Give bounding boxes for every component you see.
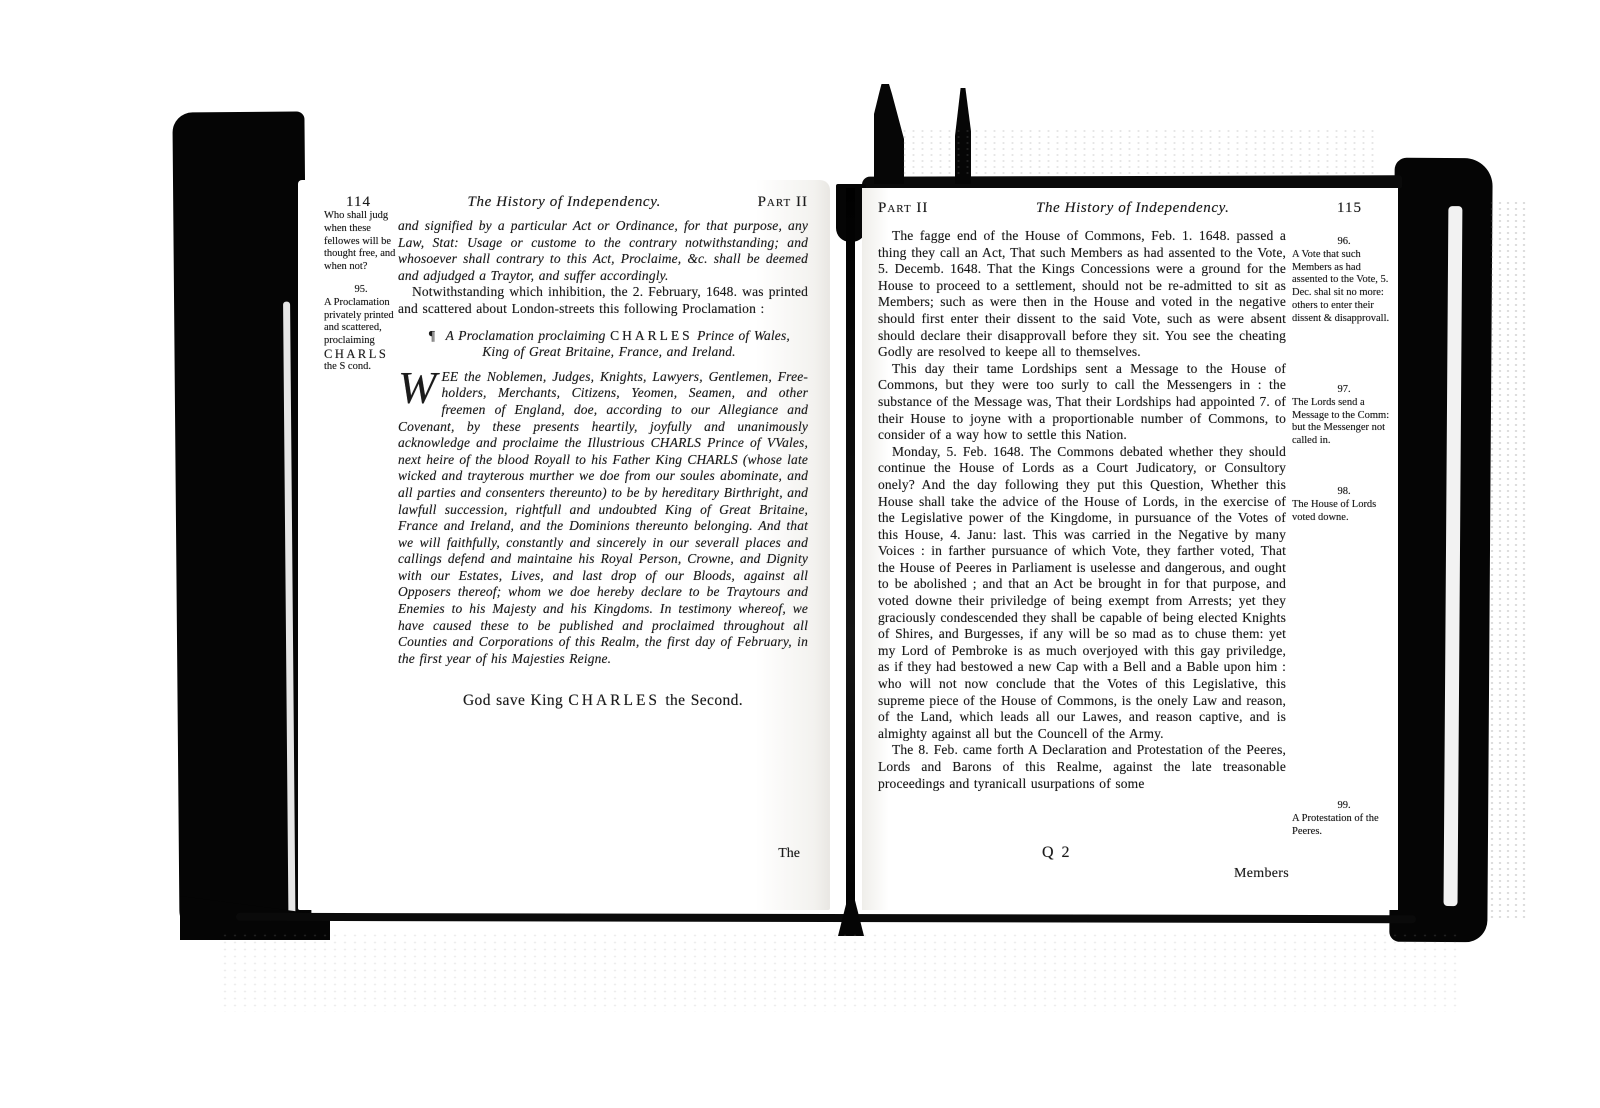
margin-note: 96. A Vote that such Members as had asse… (1292, 236, 1396, 326)
margin-note: 98. The House of Lords voted downe. (1292, 486, 1396, 524)
book-scan: 114 The History of Independency. Part II… (0, 0, 1600, 1108)
catchword: Members (1234, 866, 1289, 882)
margin-note-text: The House of Lords voted downe. (1292, 499, 1376, 523)
doxology-lead: God save King (463, 692, 563, 709)
book-cover-left-edge (172, 111, 311, 936)
margin-note-text: The Lords send a Message to the Comm: bu… (1292, 397, 1389, 446)
scan-shadow-bottom-line (236, 913, 1416, 923)
doxology-tail: the Second. (665, 692, 743, 709)
heading-royal-name: CHARLES (610, 328, 693, 343)
margin-note-text: A Proclamation privately printed and sca… (324, 297, 394, 346)
proclamation-text: EE the Noblemen, Judges, Knights, Lawyer… (398, 369, 808, 666)
catchword: The (778, 846, 800, 862)
scan-noise (220, 932, 1460, 1012)
body-paragraph: Monday, 5. Feb. 1648. The Commons debate… (878, 444, 1286, 743)
running-title: The History of Independency. (468, 194, 661, 211)
margin-note-text: A Vote that such Members as had assented… (1292, 249, 1389, 324)
margin-note-number: 99. (1292, 800, 1396, 813)
page-number: 114 (346, 194, 371, 211)
margin-note-number: 95. (324, 284, 398, 297)
body-paragraph: The 8. Feb. came forth A Declaration and… (878, 742, 1286, 792)
heading-lead: A Proclamation proclaiming (446, 328, 606, 343)
margin-note-number: 96. (1292, 236, 1396, 249)
doxology-royal-name: CHARLES (568, 692, 660, 709)
running-title: The History of Independency. (1036, 200, 1229, 217)
page-header-left: 114 The History of Independency. Part II (346, 194, 808, 211)
text-column-right: The fagge end of the House of Commons, F… (878, 228, 1286, 792)
doxology-line: God save King CHARLES the Second. (398, 693, 808, 710)
scan-noise (900, 128, 1380, 178)
page-number: 115 (1337, 200, 1362, 217)
margin-note: 99. A Protestation of the Peeres. (1292, 800, 1396, 838)
part-label: Part II (758, 194, 808, 211)
margin-note-text: A Protestation of the Peeres. (1292, 813, 1379, 837)
book-cover-right-edge (1389, 158, 1492, 943)
proclamation-body: W EE the Noblemen, Judges, Knights, Lawy… (398, 369, 808, 668)
body-paragraph: and signified by a particular Act or Ord… (398, 218, 808, 284)
pilcrow-mark: ¶ (428, 328, 441, 343)
page-right: Part II The History of Independency. 115… (862, 188, 1398, 910)
drop-cap: W (398, 369, 441, 405)
body-paragraph: Notwithstanding which inhibition, the 2.… (398, 284, 808, 317)
margin-note-number: 98. (1292, 486, 1396, 499)
margin-note: 95. A Proclamation privately printed and… (324, 284, 398, 374)
margin-note-name: CHARLS (324, 348, 398, 361)
margin-note: Who shall judg when these fellowes will … (324, 210, 398, 274)
page-left: 114 The History of Independency. Part II… (298, 180, 830, 910)
binding-gutter-line (846, 188, 855, 930)
page-header-right: Part II The History of Independency. 115 (878, 200, 1362, 217)
margin-note-text: the S cond. (324, 361, 398, 374)
part-label: Part II (878, 200, 928, 217)
margin-note: 97. The Lords send a Message to the Comm… (1292, 384, 1396, 448)
proclamation-heading: ¶ A Proclamation proclaiming CHARLES Pri… (428, 328, 790, 361)
text-column-left: and signified by a particular Act or Ord… (398, 218, 808, 710)
body-paragraph: This day their tame Lordships sent a Mes… (878, 361, 1286, 444)
scan-noise (1488, 200, 1528, 920)
signature-mark: Q 2 (1042, 844, 1072, 862)
margin-note-number: 97. (1292, 384, 1396, 397)
body-paragraph: The fagge end of the House of Commons, F… (878, 228, 1286, 361)
